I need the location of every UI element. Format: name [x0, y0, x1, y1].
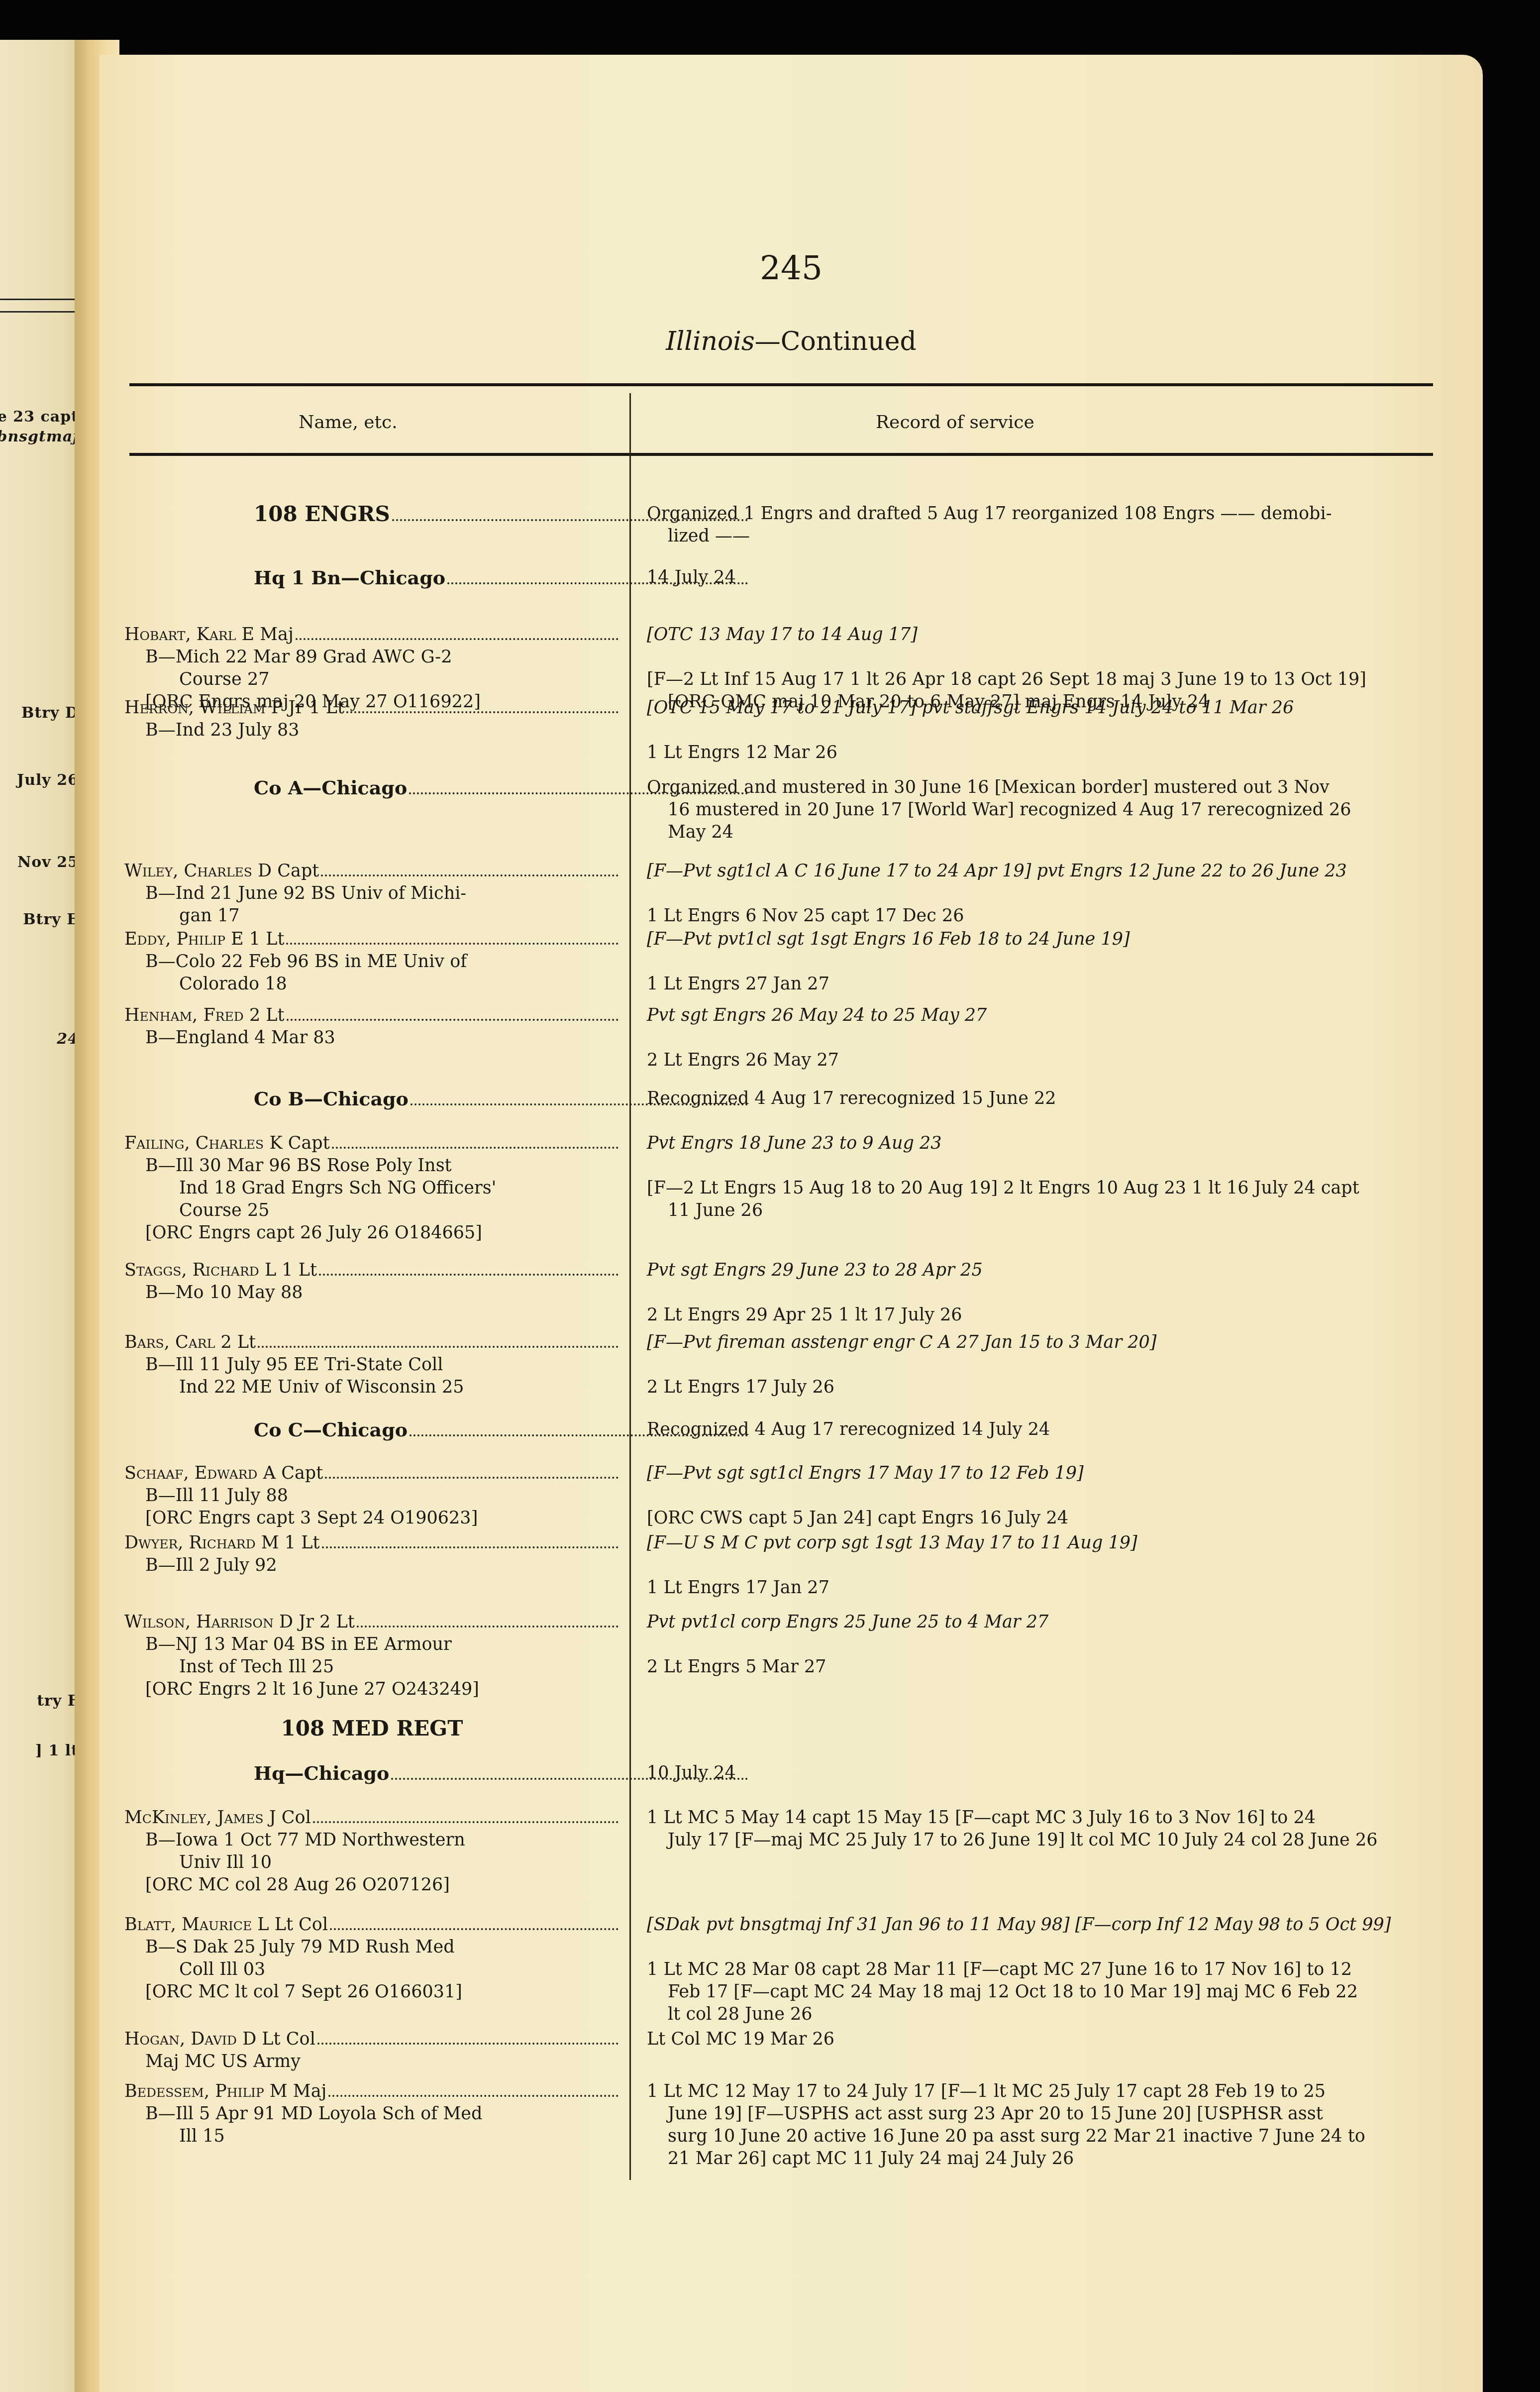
officer-rank: 2 Lt [215, 1332, 256, 1352]
officer-surname: Blatt [124, 1915, 171, 1935]
biographical-detail: B—Ill 30 Mar 96 BS Rose Poly Inst [124, 1155, 619, 1177]
officer-given-name: David [191, 2029, 237, 2049]
record-line: 1 Lt Engrs 27 Jan 27 [647, 973, 1453, 995]
service-record: [F—Pvt pvt1cl sgt 1sgt Engrs 16 Feb 18 t… [647, 928, 1453, 951]
record-line-continued: lized —— [647, 525, 1453, 547]
record-line: Organized 1 Engrs and drafted 5 Aug 17 r… [647, 503, 1453, 525]
page-number: 245 [100, 249, 1483, 287]
entry-heading: Eddy, Philip E 1 Lt [124, 928, 284, 951]
unit-record: 10 July 24 [647, 1762, 1453, 1784]
officer-given-name: Philip [215, 2081, 264, 2101]
book-page: 245 Illinois—Continued Name, etc. Record… [100, 55, 1483, 2392]
dot-leader [325, 1477, 618, 1479]
dot-leader [357, 1626, 618, 1628]
reserve-commission: [ORC Engrs capt 26 July 26 O184665] [124, 1222, 619, 1244]
biographical-detail: gan 17 [124, 905, 619, 927]
leader-line: McKinley, James J Col [124, 1807, 619, 1829]
fragment-text: Nov 25 [17, 854, 79, 871]
record-line-continued: June 19] [F—USPHS act asst surg 23 Apr 2… [647, 2103, 1453, 2125]
reserve-commission: [ORC Engrs 2 lt 16 June 27 O243249] [124, 1678, 619, 1701]
biographical-detail: B—Iowa 1 Oct 77 MD Northwestern [124, 1829, 619, 1851]
unit-title: Co B—Chicago [254, 1087, 409, 1110]
biographical-detail: Maj MC US Army [124, 2051, 619, 2073]
record-line: [F—Pvt sgt1cl A C 16 June 17 to 24 Apr 1… [647, 860, 1453, 882]
record-line-continued: May 24 [647, 821, 1453, 844]
record-line: [ORC CWS capt 5 Jan 24] capt Engrs 16 Ju… [647, 1507, 1453, 1529]
header-rule-top [129, 383, 1433, 386]
service-record: Pvt sgt Engrs 29 June 23 to 28 Apr 25 [647, 1259, 1453, 1282]
officer-entry: Failing, Charles K CaptB—Ill 30 Mar 96 B… [124, 1132, 619, 1244]
officer-given-name: Richard [189, 1533, 256, 1553]
dot-leader [258, 1346, 618, 1348]
service-record: 1 Lt Engrs 12 Mar 26 [647, 742, 1453, 764]
leader-line: Herron, William P Jr 1 Lt [124, 697, 619, 719]
leader-line: Bedessem, Philip M Maj [124, 2080, 619, 2103]
dot-leader [296, 638, 618, 640]
officer-surname: Staggs [124, 1260, 181, 1280]
record-line-continued: surg 10 June 20 active 16 June 20 pa ass… [647, 2125, 1453, 2148]
entry-heading: Herron, William P Jr 1 Lt [124, 697, 344, 719]
entry-heading: Co B—Chicago [254, 1087, 409, 1111]
record-line: 1 Lt MC 5 May 14 capt 15 May 15 [F—capt … [647, 1807, 1453, 1829]
entry-heading: Bars, Carl 2 Lt [124, 1331, 256, 1354]
separator: , [189, 698, 200, 718]
reserve-commission: [ORC Engrs capt 3 Sept 24 O190623] [124, 1507, 619, 1529]
officer-surname: Henham [124, 1005, 192, 1025]
officer-rank: J Col [264, 1808, 311, 1828]
leader-line: Bars, Carl 2 Lt [124, 1331, 619, 1354]
record-line: Recognized 4 Aug 17 rerecognized 15 June… [647, 1087, 1453, 1110]
record-line: Lt Col MC 19 Mar 26 [647, 2028, 1453, 2051]
record-line: Recognized 4 Aug 17 rerecognized 14 July… [647, 1418, 1453, 1441]
unit-title: Hq—Chicago [254, 1762, 389, 1784]
officer-rank: D Capt [252, 861, 319, 881]
separator: , [185, 1133, 196, 1153]
service-record: Pvt Engrs 18 June 23 to 9 Aug 23 [647, 1132, 1453, 1155]
separator: , [164, 1332, 175, 1352]
entry-heading: Blatt, Maurice L Lt Col [124, 1914, 328, 1936]
unit-record: Recognized 4 Aug 17 rerecognized 14 July… [647, 1418, 1453, 1441]
biographical-detail: Colorado 18 [124, 973, 619, 995]
service-record: [F—2 Lt Engrs 15 Aug 18 to 20 Aug 19] 2 … [647, 1177, 1453, 1222]
officer-entry: Eddy, Philip E 1 LtB—Colo 22 Feb 96 BS i… [124, 928, 619, 995]
fragment-text: Btry E [23, 911, 79, 928]
officer-surname: Hogan [124, 2029, 180, 2049]
separator: , [192, 1005, 203, 1025]
record-line: 10 July 24 [647, 1762, 1453, 1784]
column-header-record: Record of service [876, 412, 1034, 433]
unit-title: Co A—Chicago [254, 776, 407, 799]
biographical-detail: Ind 22 ME Univ of Wisconsin 25 [124, 1376, 619, 1399]
officer-entry: Hogan, David D Lt ColMaj MC US Army [124, 2028, 619, 2073]
officer-entry: Staggs, Richard L 1 LtB—Mo 10 May 88 [124, 1259, 619, 1304]
unit-title: Hq 1 Bn—Chicago [254, 566, 445, 589]
record-line: Pvt Engrs 18 June 23 to 9 Aug 23 [647, 1132, 1453, 1155]
officer-given-name: Richard [193, 1260, 259, 1280]
record-line: 2 Lt Engrs 17 July 26 [647, 1376, 1453, 1399]
officer-rank: E Maj [236, 625, 293, 645]
officer-given-name: Edward [195, 1463, 258, 1483]
officer-entry: Bedessem, Philip M MajB—Ill 5 Apr 91 MD … [124, 2080, 619, 2148]
leader-line: Hobart, Karl E Maj [124, 624, 619, 646]
service-record: Pvt sgt Engrs 26 May 24 to 25 May 27 [647, 1004, 1453, 1027]
leader-line: Schaaf, Edward A Capt [124, 1462, 619, 1485]
separator: , [186, 625, 197, 645]
officer-surname: Schaaf [124, 1463, 183, 1483]
unit-record: Organized and mustered in 30 June 16 [Me… [647, 776, 1453, 844]
officer-rank: D Lt Col [237, 2029, 315, 2049]
biographical-detail: Course 25 [124, 1199, 619, 1222]
leader-line: Wilson, Harrison D Jr 2 Lt [124, 1611, 619, 1633]
record-line: [F—U S M C pvt corp sgt 1sgt 13 May 17 t… [647, 1532, 1453, 1554]
unit-record: 14 July 24 [647, 566, 1453, 589]
officer-entry: Wiley, Charles D CaptB—Ind 21 June 92 BS… [124, 860, 619, 927]
record-line-continued: 16 mustered in 20 June 17 [World War] re… [647, 799, 1453, 821]
service-record: Pvt pvt1cl corp Engrs 25 June 25 to 4 Ma… [647, 1611, 1453, 1633]
regiment-record: Organized 1 Engrs and drafted 5 Aug 17 r… [647, 503, 1453, 547]
entry-heading: Co A—Chicago [254, 776, 407, 800]
entry-heading: Bedessem, Philip M Maj [124, 2080, 326, 2103]
officer-given-name: William [200, 698, 266, 718]
leader-line: Hogan, David D Lt Col [124, 2028, 619, 2051]
entry-heading: Wilson, Harrison D Jr 2 Lt [124, 1611, 355, 1633]
separator: , [171, 1915, 182, 1935]
record-line: Pvt pvt1cl corp Engrs 25 June 25 to 4 Ma… [647, 1611, 1453, 1633]
column-header-name: Name, etc. [299, 412, 398, 433]
officer-rank: L 1 Lt [259, 1260, 317, 1280]
service-record: [OTC 15 May 17 to 21 July 17] pvt staffs… [647, 697, 1453, 719]
record-line: 1 Lt Engrs 6 Nov 25 capt 17 Dec 26 [647, 905, 1453, 927]
biographical-detail: B—Ill 5 Apr 91 MD Loyola Sch of Med [124, 2103, 619, 2125]
leader-line: Dwyer, Richard M 1 Lt [124, 1532, 619, 1554]
record-line: 2 Lt Engrs 5 Mar 27 [647, 1656, 1453, 1678]
officer-given-name: James [217, 1808, 263, 1828]
biographical-detail: Univ Ill 10 [124, 1851, 619, 1874]
dot-leader [319, 1274, 618, 1276]
service-record: 2 Lt Engrs 17 July 26 [647, 1376, 1453, 1399]
entry-heading: Hobart, Karl E Maj [124, 624, 294, 646]
service-record: 2 Lt Engrs 26 May 27 [647, 1049, 1453, 1072]
service-record: 2 Lt Engrs 5 Mar 27 [647, 1656, 1453, 1678]
officer-entry: Herron, William P Jr 1 LtB—Ind 23 July 8… [124, 697, 619, 742]
record-line: [F—Pvt pvt1cl sgt 1sgt Engrs 16 Feb 18 t… [647, 928, 1453, 951]
biographical-detail: B—S Dak 25 July 79 MD Rush Med [124, 1936, 619, 1958]
service-record: [F—Pvt sgt1cl A C 16 June 17 to 24 Apr 1… [647, 860, 1453, 882]
record-line: [F—Pvt sgt sgt1cl Engrs 17 May 17 to 12 … [647, 1462, 1453, 1485]
biographical-detail: Coll Ill 03 [124, 1958, 619, 1981]
service-record: [F—U S M C pvt corp sgt 1sgt 13 May 17 t… [647, 1532, 1453, 1554]
biographical-detail: Ill 15 [124, 2125, 619, 2148]
officer-given-name: Karl [197, 625, 236, 645]
running-head: Illinois—Continued [100, 326, 1483, 356]
dot-leader [313, 1821, 618, 1823]
state-name: Illinois [666, 326, 755, 356]
entry-heading: McKinley, James J Col [124, 1807, 311, 1829]
biographical-detail: B—NJ 13 Mar 04 BS in EE Armour [124, 1633, 619, 1656]
fragment-text: July 26 [17, 771, 79, 789]
entry-heading: Hogan, David D Lt Col [124, 2028, 315, 2051]
service-record: [F—Pvt fireman asstengr engr C A 27 Jan … [647, 1331, 1453, 1354]
separator: , [183, 1463, 194, 1483]
regiment-title: 108 MED REGT [124, 1717, 659, 1740]
reserve-commission: [ORC MC lt col 7 Sept 26 O166031] [124, 1981, 619, 2003]
biographical-detail: B—Ill 11 July 95 EE Tri-State Coll [124, 1354, 619, 1376]
record-line: 2 Lt Engrs 29 Apr 25 1 lt 17 July 26 [647, 1304, 1453, 1326]
officer-given-name: Harrison [196, 1612, 274, 1632]
service-record: 1 Lt Engrs 6 Nov 25 capt 17 Dec 26 [647, 905, 1453, 927]
separator: , [165, 929, 176, 949]
entry-heading: Hq 1 Bn—Chicago [254, 566, 445, 590]
officer-given-name: Fred [203, 1005, 243, 1025]
entry-heading: Schaaf, Edward A Capt [124, 1462, 323, 1485]
officer-given-name: Philip [176, 929, 225, 949]
regiment-title: 108 ENGRS [254, 502, 390, 526]
biographical-detail: B—Ill 11 July 88 [124, 1485, 619, 1507]
dot-leader [287, 1019, 618, 1021]
record-line: 14 July 24 [647, 566, 1453, 589]
biographical-detail: B—Ind 21 June 92 BS Univ of Michi- [124, 882, 619, 905]
record-line: 1 Lt Engrs 12 Mar 26 [647, 742, 1453, 764]
officer-entry: Henham, Fred 2 LtB—England 4 Mar 83 [124, 1004, 619, 1049]
entry-heading: Failing, Charles K Capt [124, 1132, 330, 1155]
service-record: 1 Lt MC 5 May 14 capt 15 May 15 [F—capt … [647, 1807, 1453, 1851]
unit-title: Co C—Chicago [254, 1418, 408, 1441]
officer-surname: Failing [124, 1133, 185, 1153]
entry-heading: Dwyer, Richard M 1 Lt [124, 1532, 320, 1554]
officer-entry: McKinley, James J ColB—Iowa 1 Oct 77 MD … [124, 1807, 619, 1896]
officer-surname: Wilson [124, 1612, 185, 1632]
officer-surname: Dwyer [124, 1533, 178, 1553]
separator: , [178, 1533, 189, 1553]
entry-heading: Henham, Fred 2 Lt [124, 1004, 285, 1027]
officer-rank: L Lt Col [252, 1915, 328, 1935]
record-line: [SDak pvt bnsgtmaj Inf 31 Jan 96 to 11 M… [647, 1914, 1453, 1936]
separator: , [185, 1612, 196, 1632]
separator: , [181, 1260, 192, 1280]
separator: , [206, 1808, 217, 1828]
officer-surname: Hobart [124, 625, 186, 645]
dot-leader [346, 711, 618, 713]
officer-given-name: Carl [175, 1332, 215, 1352]
officer-given-name: Charles [196, 1133, 264, 1153]
leader-line: Wiley, Charles D Capt [124, 860, 619, 882]
fragment-text: Btry D [21, 704, 79, 722]
officer-given-name: Maurice [182, 1915, 252, 1935]
biographical-detail: Ind 18 Grad Engrs Sch NG Officers' [124, 1177, 619, 1199]
separator: , [180, 2029, 191, 2049]
officer-rank: D Jr 2 Lt [274, 1612, 355, 1632]
record-line-continued: Feb 17 [F—capt MC 24 May 18 maj 12 Oct 1… [647, 1981, 1453, 2003]
fragment-text: bnsgtmaj [0, 428, 79, 445]
officer-entry: Bars, Carl 2 LtB—Ill 11 July 95 EE Tri-S… [124, 1331, 619, 1399]
record-line-continued: lt col 28 June 26 [647, 2003, 1453, 2026]
fragment-text: ne 23 capt [0, 408, 79, 426]
officer-surname: Bars [124, 1332, 164, 1352]
biographical-detail: Inst of Tech Ill 25 [124, 1656, 619, 1678]
biographical-detail: Course 27 [124, 668, 619, 691]
leader-line: Failing, Charles K Capt [124, 1132, 619, 1155]
officer-rank: K Capt [264, 1133, 330, 1153]
record-line: 1 Lt MC 28 Mar 08 capt 28 Mar 11 [F—capt… [647, 1958, 1453, 1981]
leader-line: Henham, Fred 2 Lt [124, 1004, 619, 1027]
officer-rank: P Jr 1 Lt [266, 698, 344, 718]
column-divider [629, 393, 631, 2180]
running-head-suffix: —Continued [755, 326, 917, 356]
officer-rank: A Capt [258, 1463, 323, 1483]
record-line: Pvt sgt Engrs 29 June 23 to 28 Apr 25 [647, 1259, 1453, 1282]
biographical-detail: B—England 4 Mar 83 [124, 1027, 619, 1049]
biographical-detail: B—Mich 22 Mar 89 Grad AWC G-2 [124, 646, 619, 668]
entry-heading: 108 ENGRS [254, 503, 390, 527]
record-line: 1 Lt MC 12 May 17 to 24 July 17 [F—1 lt … [647, 2080, 1453, 2103]
dot-leader [332, 1147, 618, 1149]
officer-surname: Eddy [124, 929, 165, 949]
record-line: [F—Pvt fireman asstengr engr C A 27 Jan … [647, 1331, 1453, 1354]
record-line: 1 Lt Engrs 17 Jan 27 [647, 1577, 1453, 1599]
leader-line: Staggs, Richard L 1 Lt [124, 1259, 619, 1282]
dot-leader [286, 943, 618, 945]
officer-rank: M Maj [264, 2081, 327, 2101]
record-line-continued: 11 June 26 [647, 1199, 1453, 1222]
fragment-text: try F [37, 1692, 79, 1710]
dot-leader [322, 1546, 619, 1548]
officer-rank: M 1 Lt [256, 1533, 320, 1553]
service-record: [ORC CWS capt 5 Jan 24] capt Engrs 16 Ju… [647, 1507, 1453, 1529]
officer-rank: 2 Lt [244, 1005, 285, 1025]
officer-surname: Herron [124, 698, 189, 718]
separator: , [173, 861, 184, 881]
record-line: [OTC 15 May 17 to 21 July 17] pvt staffs… [647, 697, 1453, 719]
biographical-detail: B—Ind 23 July 83 [124, 719, 619, 742]
service-record: [F—Pvt sgt sgt1cl Engrs 17 May 17 to 12 … [647, 1462, 1453, 1485]
record-line: [F—2 Lt Inf 15 Aug 17 1 lt 26 Apr 18 cap… [647, 668, 1453, 691]
leader-line: Eddy, Philip E 1 Lt [124, 928, 619, 951]
record-line: Pvt sgt Engrs 26 May 24 to 25 May 27 [647, 1004, 1453, 1027]
officer-entry: Blatt, Maurice L Lt ColB—S Dak 25 July 7… [124, 1914, 619, 2003]
officer-surname: Wiley [124, 861, 173, 881]
record-line-continued: July 17 [F—maj MC 25 July 17 to 26 June … [647, 1829, 1453, 1851]
service-record: 1 Lt MC 28 Mar 08 capt 28 Mar 11 [F—capt… [647, 1958, 1453, 2026]
officer-given-name: Charles [184, 861, 252, 881]
officer-entry: Schaaf, Edward A CaptB—Ill 11 July 88[OR… [124, 1462, 619, 1529]
service-record: Lt Col MC 19 Mar 26 [647, 2028, 1453, 2051]
record-line: 2 Lt Engrs 26 May 27 [647, 1049, 1453, 1072]
officer-surname: McKinley [124, 1808, 206, 1828]
entry-heading: Wiley, Charles D Capt [124, 860, 319, 882]
dot-leader [330, 1928, 618, 1930]
service-record: 1 Lt MC 12 May 17 to 24 July 17 [F—1 lt … [647, 2080, 1453, 2170]
fragment-text: ] 1 lt [35, 1742, 79, 1759]
service-record: 2 Lt Engrs 29 Apr 25 1 lt 17 July 26 [647, 1304, 1453, 1326]
record-line: Organized and mustered in 30 June 16 [Me… [647, 776, 1453, 799]
service-record: [SDak pvt bnsgtmaj Inf 31 Jan 96 to 11 M… [647, 1914, 1453, 1936]
service-record: 1 Lt Engrs 27 Jan 27 [647, 973, 1453, 995]
record-line-continued: 21 Mar 26] capt MC 11 July 24 maj 24 Jul… [647, 2148, 1453, 2170]
dot-leader [321, 874, 618, 876]
entry-heading: Hq—Chicago [254, 1762, 389, 1786]
dot-leader [317, 2043, 618, 2045]
service-record: 1 Lt Engrs 17 Jan 27 [647, 1577, 1453, 1599]
header-rule-bottom [129, 453, 1433, 456]
officer-surname: Bedessem [124, 2081, 204, 2101]
entry-heading: Staggs, Richard L 1 Lt [124, 1259, 317, 1282]
biographical-detail: B—Ill 2 July 92 [124, 1554, 619, 1577]
leader-line: Blatt, Maurice L Lt Col [124, 1914, 619, 1936]
service-record: [OTC 13 May 17 to 14 Aug 17] [647, 624, 1453, 646]
dot-leader [328, 2095, 618, 2097]
separator: , [204, 2081, 215, 2101]
unit-record: Recognized 4 Aug 17 rerecognized 15 June… [647, 1087, 1453, 1110]
record-line: [OTC 13 May 17 to 14 Aug 17] [647, 624, 1453, 646]
biographical-detail: B—Colo 22 Feb 96 BS in ME Univ of [124, 951, 619, 973]
entry-heading: Co C—Chicago [254, 1418, 408, 1442]
officer-entry: Wilson, Harrison D Jr 2 LtB—NJ 13 Mar 04… [124, 1611, 619, 1701]
officer-entry: Dwyer, Richard M 1 LtB—Ill 2 July 92 [124, 1532, 619, 1577]
officer-rank: E 1 Lt [225, 929, 285, 949]
reserve-commission: [ORC MC col 28 Aug 26 O207126] [124, 1874, 619, 1896]
biographical-detail: B—Mo 10 May 88 [124, 1282, 619, 1304]
record-line: [F—2 Lt Engrs 15 Aug 18 to 20 Aug 19] 2 … [647, 1177, 1453, 1199]
